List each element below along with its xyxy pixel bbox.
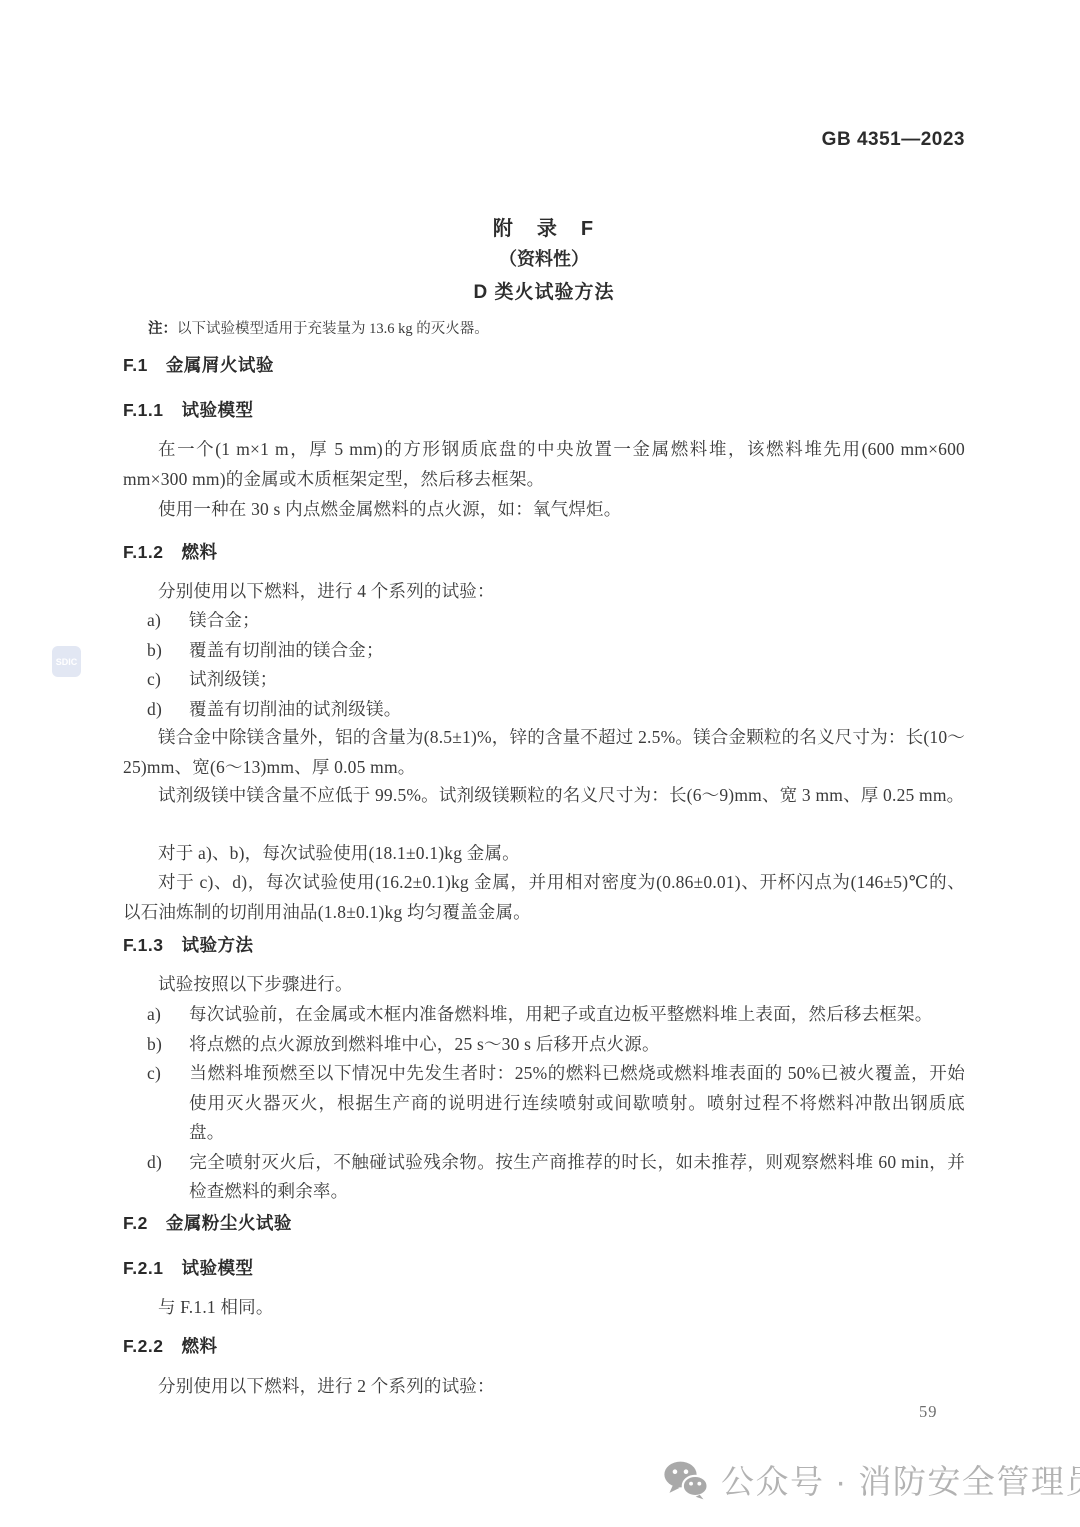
heading-f1-3: F.1.3 试验方法: [123, 932, 965, 957]
paragraph-reagent-spec: 试剂级镁中镁含量不应低于 99.5%。试剂级镁颗粒的名义尺寸为：长(6～9)mm…: [123, 781, 965, 811]
footer-watermark: 公众号 · 消防安全管理员: [663, 1456, 1080, 1503]
paragraph-alloy-spec: 镁合金中除镁含量外，铝的含量为(8.5±1)%，锌的含量不超过 2.5%。镁合金…: [123, 723, 965, 782]
list-item-label: c): [147, 665, 189, 695]
list-item: c)当燃料堆预燃至以下情况中先发生者时：25%的燃料已燃烧或燃料堆表面的 50%…: [123, 1059, 965, 1148]
paragraph-test-model-1: 在一个(1 m×1 m，厚 5 mm)的方形钢质底盘的中央放置一金属燃料堆，该燃…: [123, 435, 965, 494]
paragraph-ab-quantity: 对于 a)、b)，每次试验使用(18.1±0.1)kg 金属。: [123, 839, 965, 869]
paragraph-fuel-intro: 分别使用以下燃料，进行 4 个系列的试验：: [123, 577, 965, 607]
standard-number: GB 4351—2023: [123, 129, 965, 151]
sdic-watermark-label: SDIC: [56, 657, 78, 667]
list-item-label: d): [147, 695, 189, 725]
paragraph-steps-intro: 试验按照以下步骤进行。: [123, 970, 965, 1000]
heading-f1-1: F.1.1 试验模型: [123, 397, 965, 422]
list-item: c)试剂级镁；: [123, 665, 965, 695]
note-text: 以下试验模型适用于充装量为 13.6 kg 的灭火器。: [177, 321, 489, 337]
heading-f2-1: F.2.1 试验模型: [123, 1255, 965, 1280]
list-item-text: 试剂级镁；: [189, 669, 278, 689]
list-item: b)覆盖有切削油的镁合金；: [123, 636, 965, 666]
page-number: 59: [919, 1402, 938, 1422]
heading-f1: F.1 金属屑火试验: [123, 352, 965, 377]
list-item-text: 每次试验前，在金属或木框内准备燃料堆，用耙子或直边板平整燃料堆上表面，然后移去框…: [189, 1004, 932, 1024]
list-item-text: 镁合金；: [189, 610, 260, 630]
test-steps-list: a)每次试验前，在金属或木框内准备燃料堆，用耙子或直边板平整燃料堆上表面，然后移…: [123, 1000, 965, 1207]
fuel-list: a)镁合金； b)覆盖有切削油的镁合金； c)试剂级镁； d)覆盖有切削油的试剂…: [123, 606, 965, 724]
wechat-icon: [663, 1460, 709, 1500]
list-item-text: 覆盖有切削油的镁合金；: [189, 640, 384, 660]
appendix-title: 附 录 F: [123, 212, 965, 241]
paragraph-test-model-2: 使用一种在 30 s 内点燃金属燃料的点火源，如：氧气焊炬。: [123, 495, 965, 525]
list-item-label: b): [147, 636, 189, 666]
list-item: a)每次试验前，在金属或木框内准备燃料堆，用耙子或直边板平整燃料堆上表面，然后移…: [123, 1000, 965, 1030]
list-item-text: 完全喷射灭火后，不触碰试验残余物。按生产商推荐的时长，如未推荐，则观察燃料堆 6…: [189, 1152, 965, 1202]
paragraph-fuel2-intro: 分别使用以下燃料，进行 2 个系列的试验：: [123, 1372, 965, 1402]
heading-f2-2: F.2.2 燃料: [123, 1333, 965, 1358]
document-page: SDIC GB 4351—2023 附 录 F （资料性） D 类火试验方法 注…: [0, 0, 1080, 1527]
list-item: b)将点燃的点火源放到燃料堆中心，25 s～30 s 后移开点火源。: [123, 1030, 965, 1060]
list-item-label: c): [147, 1059, 189, 1089]
paragraph-same-as-f11: 与 F.1.1 相同。: [123, 1293, 965, 1323]
appendix-type: （资料性）: [123, 245, 965, 271]
list-item: a)镁合金；: [123, 606, 965, 636]
list-item: d)覆盖有切削油的试剂级镁。: [123, 695, 965, 725]
page-content: GB 4351—2023 附 录 F （资料性） D 类火试验方法 注：以下试验…: [123, 0, 965, 1527]
list-item-text: 将点燃的点火源放到燃料堆中心，25 s～30 s 后移开点火源。: [189, 1034, 660, 1054]
note: 注：以下试验模型适用于充装量为 13.6 kg 的灭火器。: [123, 317, 965, 338]
heading-f1-2: F.1.2 燃料: [123, 539, 965, 564]
paragraph-cd-quantity: 对于 c)、d)，每次试验使用(16.2±0.1)kg 金属，并用相对密度为(0…: [123, 868, 965, 927]
list-item-label: a): [147, 1000, 189, 1030]
list-item-text: 覆盖有切削油的试剂级镁。: [189, 699, 401, 719]
list-item-label: d): [147, 1148, 189, 1178]
list-item-text: 当燃料堆预燃至以下情况中先发生者时：25%的燃料已燃烧或燃料堆表面的 50%已被…: [189, 1063, 965, 1142]
appendix-subject: D 类火试验方法: [123, 277, 965, 304]
heading-f2: F.2 金属粉尘火试验: [123, 1210, 965, 1235]
list-item-label: a): [147, 606, 189, 636]
sdic-watermark-badge: SDIC: [52, 646, 81, 677]
list-item-label: b): [147, 1030, 189, 1060]
footer-watermark-text: 公众号 · 消防安全管理员: [721, 1456, 1080, 1503]
list-item: d)完全喷射灭火后，不触碰试验残余物。按生产商推荐的时长，如未推荐，则观察燃料堆…: [123, 1148, 965, 1207]
note-label: 注：: [148, 321, 177, 337]
